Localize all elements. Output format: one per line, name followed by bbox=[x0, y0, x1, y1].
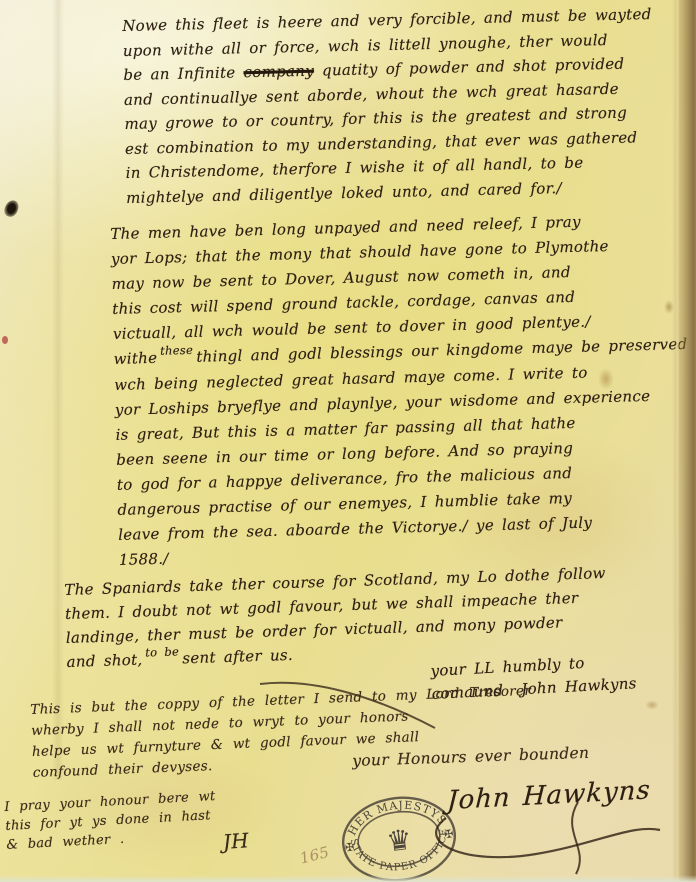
foxing-spot bbox=[598, 368, 614, 390]
ink-blot bbox=[2, 198, 20, 218]
inserted-word: to be bbox=[145, 644, 179, 659]
line-segment: sent after us. bbox=[182, 646, 293, 667]
signature-flourish bbox=[428, 800, 674, 880]
postscript-paragraph: This is but the coppy of the letter I se… bbox=[30, 681, 534, 784]
scan-bottom-edge bbox=[0, 875, 696, 882]
crown-icon: ♛ bbox=[385, 823, 414, 859]
inserted-word: these bbox=[160, 343, 193, 358]
line-segment: withe bbox=[113, 349, 157, 368]
line-segment: quatity of powder and shot provided bbox=[322, 55, 625, 80]
signature-name: John Hawkyns bbox=[521, 674, 637, 698]
struck-out-word: company bbox=[243, 62, 314, 82]
manuscript-page: Nowe this fleet is heere and very forcib… bbox=[0, 0, 696, 882]
foxing-spot bbox=[645, 700, 659, 710]
page-edge-crease bbox=[676, 0, 679, 882]
line-segment: and shot, bbox=[66, 651, 142, 671]
red-speck bbox=[2, 336, 8, 344]
pencil-folio-number: 165 bbox=[298, 843, 331, 868]
monogram: JH bbox=[222, 828, 250, 854]
line-segment: be an Infinite bbox=[123, 63, 236, 84]
paper-crease bbox=[52, 0, 64, 780]
bottom-apology-note: I pray your honour bere wt this for yt y… bbox=[4, 787, 218, 855]
paragraph-fleet-report: Nowe this fleet is heere and very forcib… bbox=[122, 2, 656, 210]
